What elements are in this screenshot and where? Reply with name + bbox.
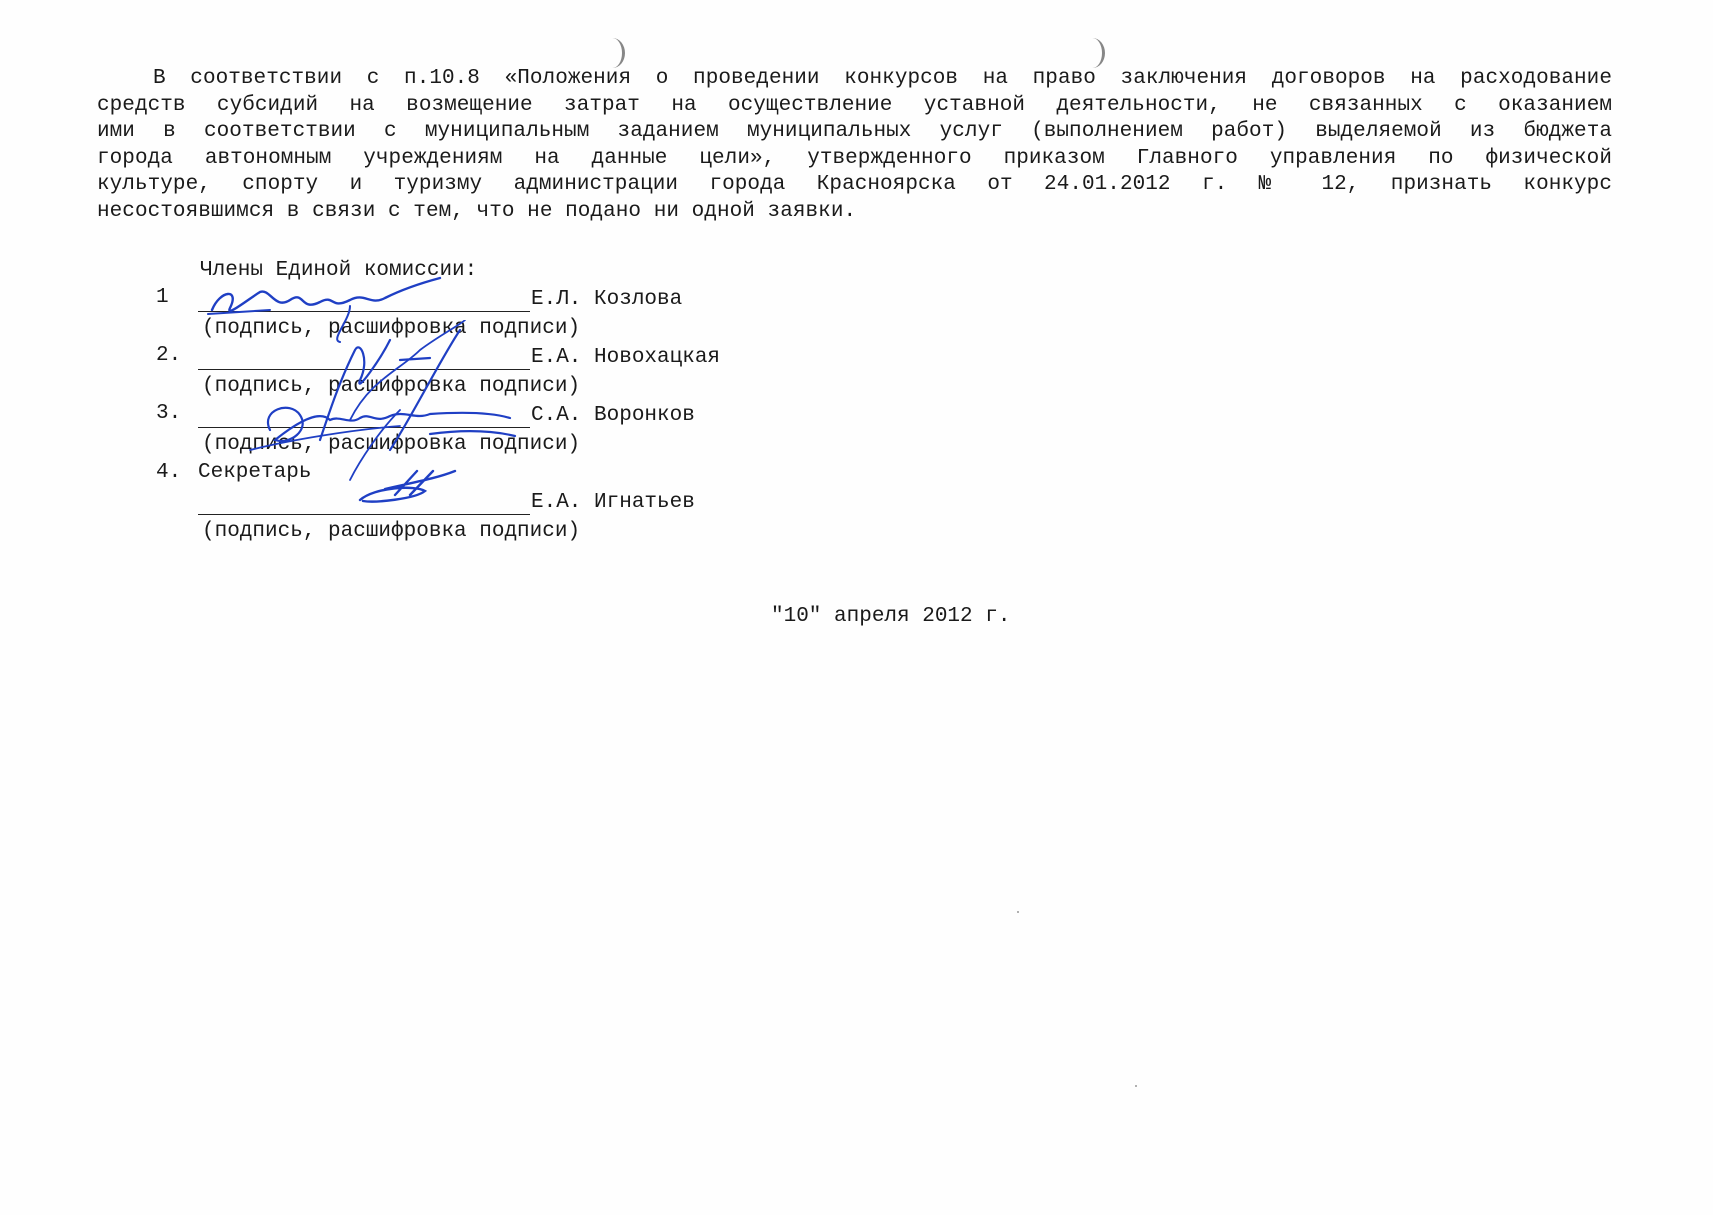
member-3-signature-line xyxy=(198,427,530,428)
member-1-signature-line xyxy=(198,311,530,312)
member-2-signature-caption: (подпись, расшифровка подписи) xyxy=(202,374,580,400)
member-4-role: Секретарь xyxy=(198,460,311,486)
member-1-name: Е.Л. Козлова xyxy=(531,287,682,313)
member-4-signature-caption: (подпись, расшифровка подписи) xyxy=(202,519,580,545)
member-4-signature-line xyxy=(198,514,530,515)
paragraph-line-4: города автономным учреждениям на данные … xyxy=(97,146,1612,173)
scan-speck xyxy=(1017,911,1019,913)
punch-hole-right xyxy=(1080,38,1105,68)
decision-paragraph: В соответствии с п.10.8 «Положения о про… xyxy=(97,66,1612,225)
document-date: "10" апреля 2012 г. xyxy=(771,605,1010,628)
member-4-name: Е.А. Игнатьев xyxy=(531,490,695,516)
paragraph-line-6: несостоявшимся в связи с тем, что не под… xyxy=(97,199,1612,226)
paragraph-line-1: В соответствии с п.10.8 «Положения о про… xyxy=(97,66,1612,93)
scanned-document-page: В соответствии с п.10.8 «Положения о про… xyxy=(0,0,1713,1215)
member-2-signature-line xyxy=(198,369,530,370)
member-4-number: 4. xyxy=(156,460,181,486)
member-2-number: 2. xyxy=(156,343,181,369)
member-3-name: С.А. Воронков xyxy=(531,403,695,429)
member-3-number: 3. xyxy=(156,401,181,427)
member-1-signature-caption: (подпись, расшифровка подписи) xyxy=(202,316,580,342)
punch-hole-left xyxy=(600,38,625,68)
signature-ignatyev-icon xyxy=(355,465,465,510)
paragraph-line-3: ими в соответствии с муниципальным задан… xyxy=(97,119,1612,146)
member-1-number: 1 xyxy=(156,285,169,311)
member-2-name: Е.А. Новохацкая xyxy=(531,345,720,371)
paragraph-line-5: культуре, спорту и туризму администрации… xyxy=(97,172,1612,199)
scan-speck xyxy=(1135,1085,1137,1087)
commission-heading: Члены Единой комиссии: xyxy=(200,258,477,284)
member-3-signature-caption: (подпись, расшифровка подписи) xyxy=(202,432,580,458)
paragraph-line-2: средств субсидий на возмещение затрат на… xyxy=(97,93,1612,120)
